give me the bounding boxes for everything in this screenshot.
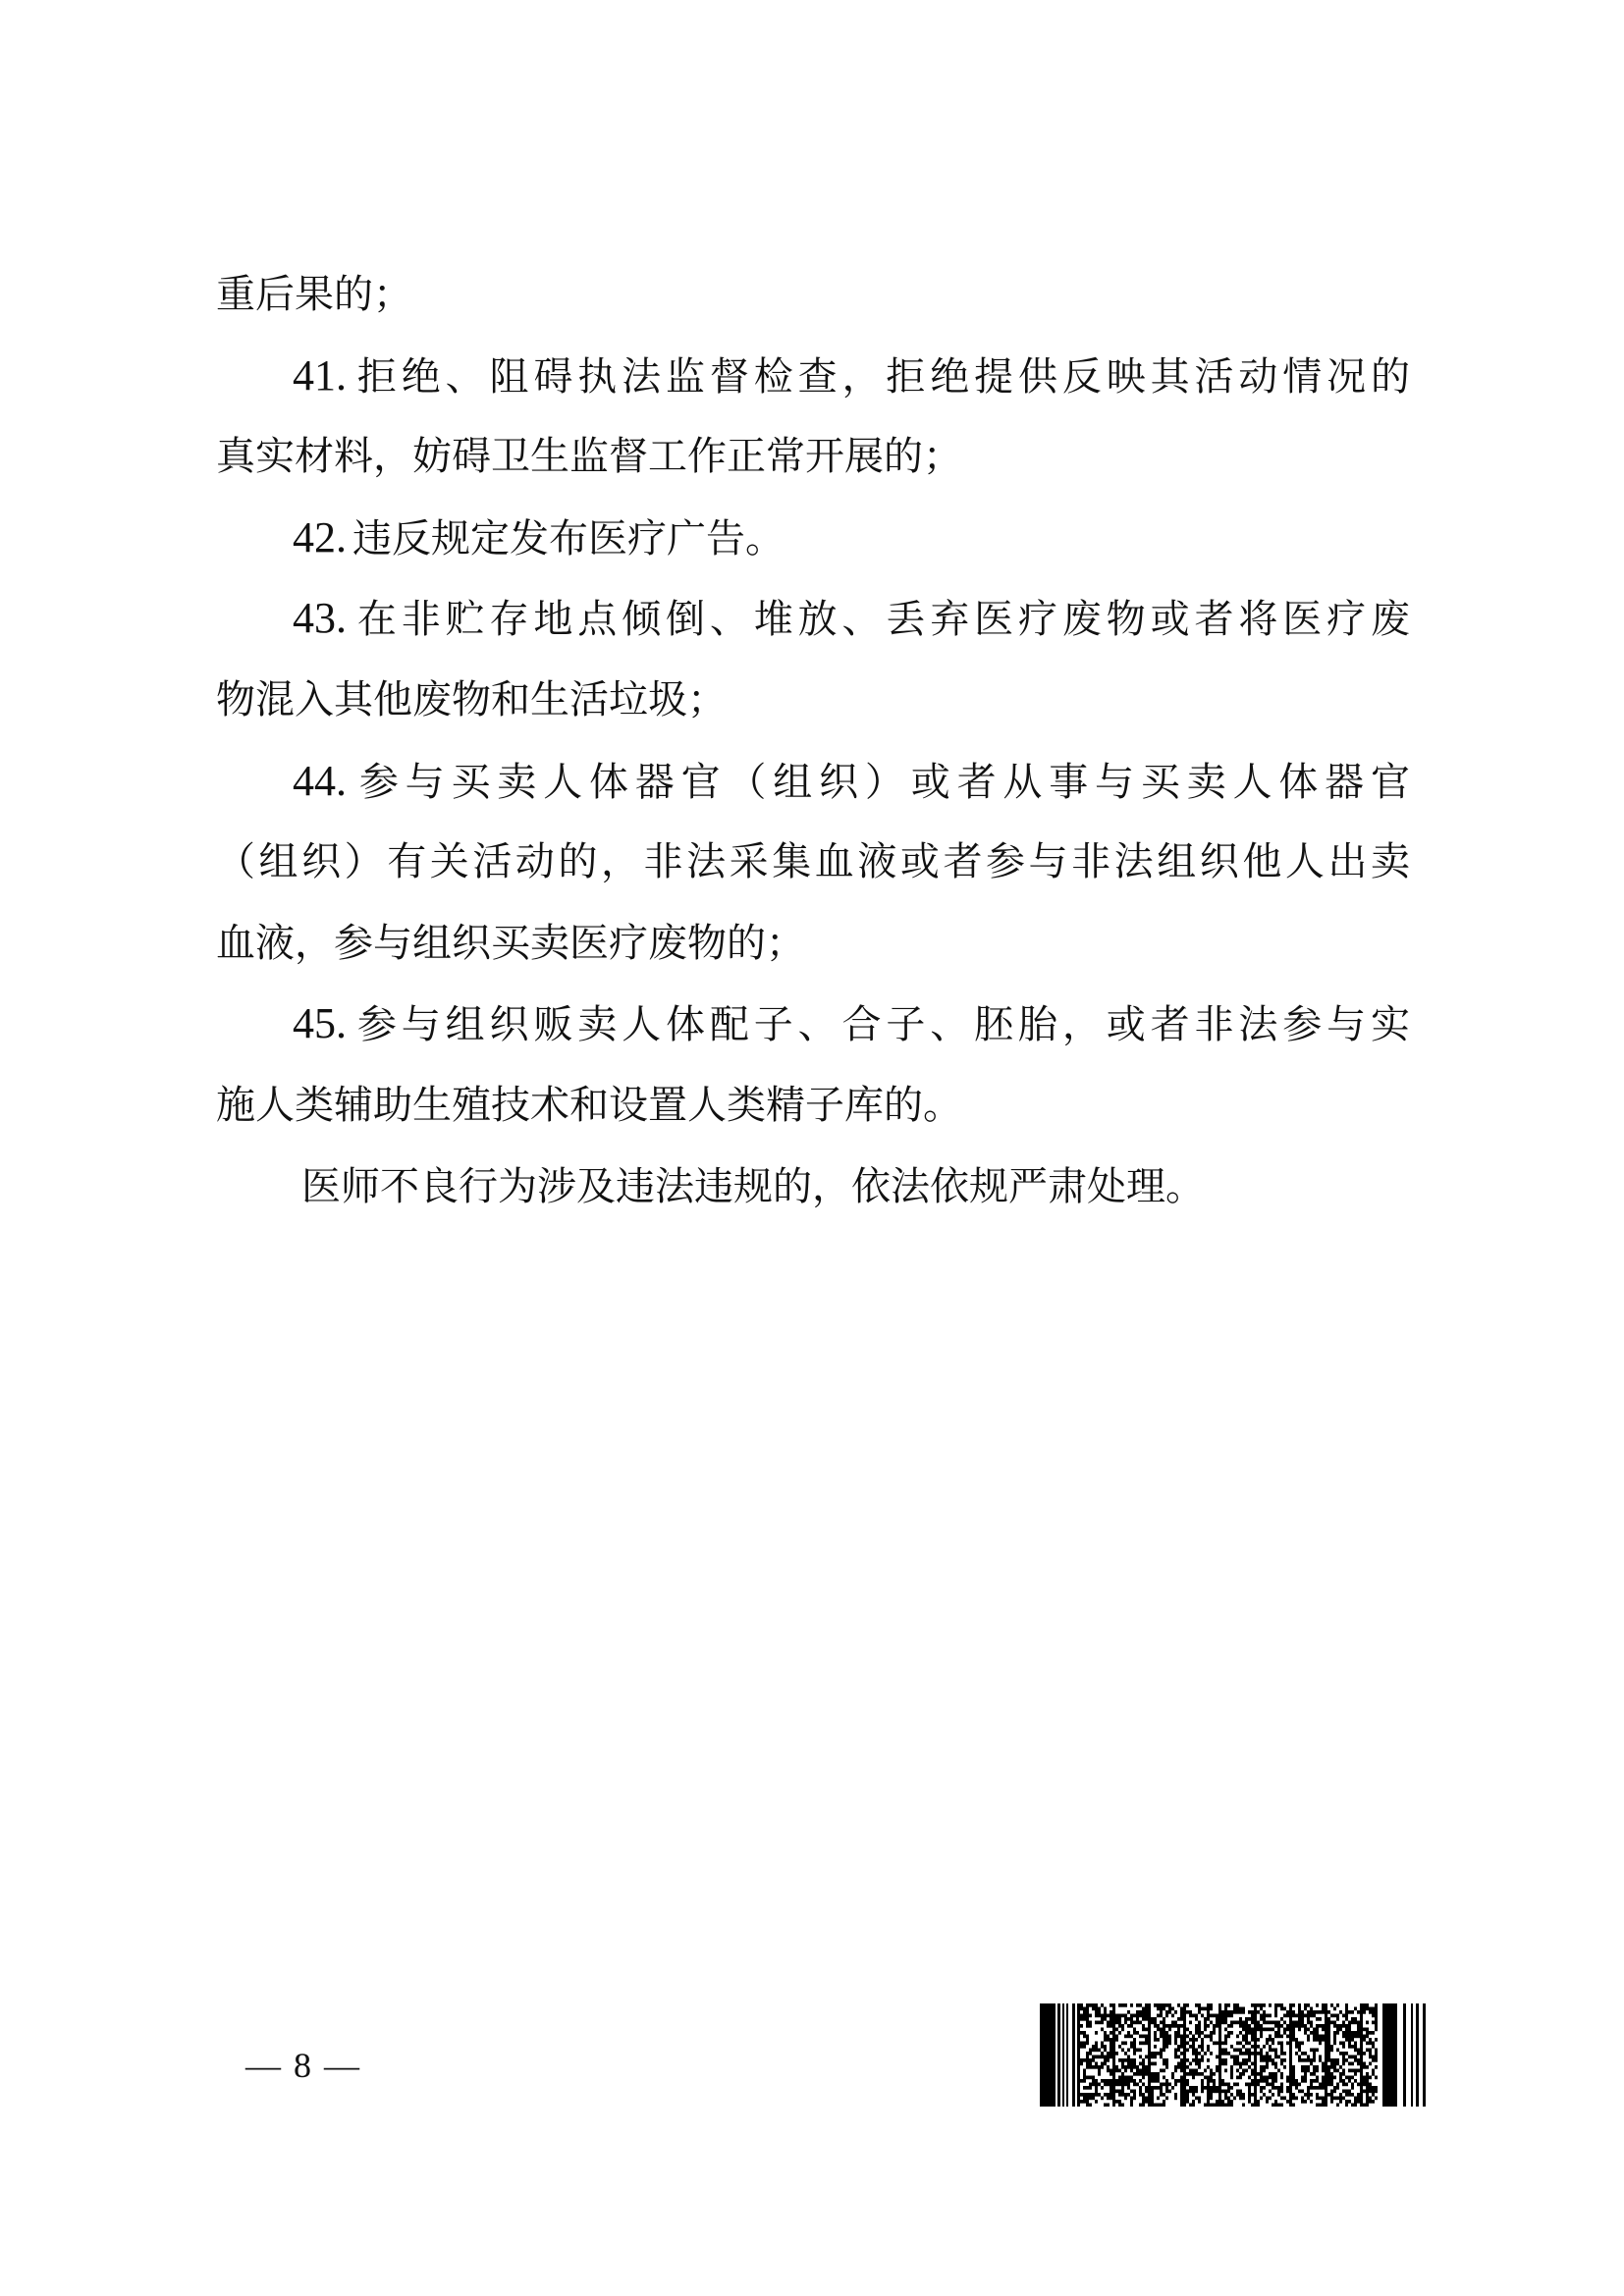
line-text: 违反规定发布医疗广告。 bbox=[352, 516, 785, 561]
list-item-44-line-2: （组织）有关活动的，非法采集血液或者参与非法组织他人出卖 bbox=[216, 822, 1410, 903]
list-item-43-line-1: 43.在非贮存地点倾倒、堆放、丢弃医疗废物或者将医疗废 bbox=[216, 578, 1410, 660]
item-number: 44. bbox=[293, 757, 347, 805]
item-number: 41. bbox=[293, 351, 347, 400]
line-text: 血液，参与组织买卖医疗废物的； bbox=[216, 921, 805, 966]
item-number: 45. bbox=[293, 999, 347, 1047]
page-number: — 8 — bbox=[245, 2040, 361, 2091]
text-line-continuation: 重后果的； bbox=[216, 254, 1410, 336]
item-number: 43. bbox=[293, 594, 347, 642]
line-text: 施人类辅助生殖技术和设置人类精子库的。 bbox=[216, 1083, 962, 1128]
line-text: 医师不良行为涉及违法违规的，依法依规严肃处理。 bbox=[301, 1164, 1205, 1209]
list-item-41-line-2: 真实材料，妨碍卫生监督工作正常开展的； bbox=[216, 416, 1410, 498]
line-text: 在非贮存地点倾倒、堆放、丢弃医疗废物或者将医疗废 bbox=[352, 597, 1410, 642]
list-item-45-line-2: 施人类辅助生殖技术和设置人类精子库的。 bbox=[216, 1065, 1410, 1147]
document-page: 重后果的； 41.拒绝、阻碍执法监督检查，拒绝提供反映其活动情况的 真实材料，妨… bbox=[0, 0, 1624, 2296]
line-text: 拒绝、阻碍执法监督检查，拒绝提供反映其活动情况的 bbox=[352, 354, 1410, 400]
list-item-41-line-1: 41.拒绝、阻碍执法监督检查，拒绝提供反映其活动情况的 bbox=[216, 336, 1410, 417]
line-text: 重后果的； bbox=[216, 272, 412, 317]
list-item-42: 42.违反规定发布医疗广告。 bbox=[216, 498, 1410, 579]
document-body: 重后果的； 41.拒绝、阻碍执法监督检查，拒绝提供反映其活动情况的 真实材料，妨… bbox=[216, 254, 1410, 1227]
list-item-44-line-1: 44.参与买卖人体器官（组织）或者从事与买卖人体器官 bbox=[216, 741, 1410, 823]
list-item-43-line-2: 物混入其他废物和生活垃圾； bbox=[216, 660, 1410, 741]
line-text: 参与组织贩卖人体配子、合子、胚胎，或者非法参与实 bbox=[352, 1002, 1410, 1047]
line-text: 参与买卖人体器官（组织）或者从事与买卖人体器官 bbox=[352, 760, 1410, 805]
pdf417-barcode-icon bbox=[1040, 2003, 1426, 2107]
line-text: 物混入其他废物和生活垃圾； bbox=[216, 677, 727, 722]
closing-paragraph: 医师不良行为涉及违法违规的，依法依规严肃处理。 bbox=[216, 1147, 1410, 1228]
item-number: 42. bbox=[293, 513, 347, 561]
line-text: 真实材料，妨碍卫生监督工作正常开展的； bbox=[216, 434, 962, 479]
list-item-45-line-1: 45.参与组织贩卖人体配子、合子、胚胎，或者非法参与实 bbox=[216, 984, 1410, 1065]
line-text: （组织）有关活动的，非法采集血液或者参与非法组织他人出卖 bbox=[216, 839, 1410, 884]
list-item-44-line-3: 血液，参与组织买卖医疗废物的； bbox=[216, 903, 1410, 985]
